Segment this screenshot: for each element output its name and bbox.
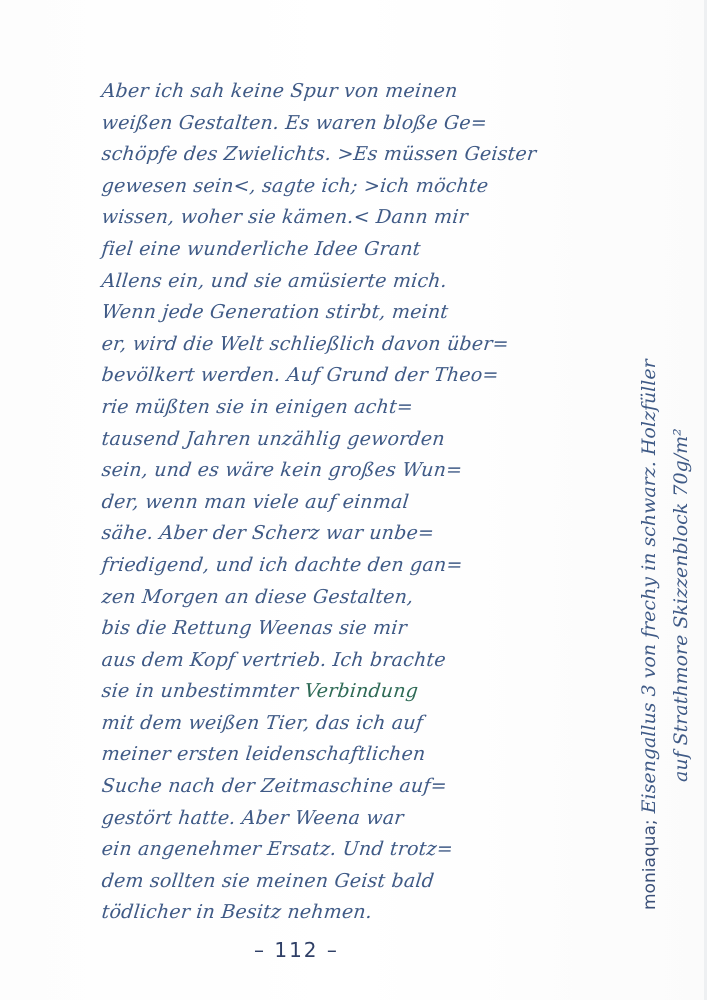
page-number: – 112 – [254, 938, 339, 962]
author-signature: moniaqua; [640, 819, 660, 910]
text-line: Wenn jede Generation stirbt, meint [100, 297, 623, 329]
green-ink-word: Verbindung [303, 680, 419, 702]
text-line: gewesen sein<, sagte ich; >ich möchte [100, 171, 623, 203]
handwritten-body-text: Aber ich sah keine Spur von meinen weiße… [100, 76, 620, 929]
text-line: wissen, woher sie kämen.< Dann mir [100, 202, 623, 234]
text-line: bevölkert werden. Auf Grund der Theo= [100, 360, 623, 392]
text-line: sie in unbestimmter Verbindung [100, 676, 623, 708]
margin-note-line-2: auf Strathmore Skizzenblock 70g/m² [665, 130, 697, 910]
text-line: tödlicher in Besitz nehmen. [100, 897, 623, 929]
text-line: schöpfe des Zwielichts. >Es müssen Geist… [100, 139, 623, 171]
text-line-prefix: sie in unbestimmter [101, 680, 306, 702]
margin-note-line-1: moniaqua; Eisengallus 3 von frechy in sc… [633, 130, 665, 910]
text-line: ein angenehmer Ersatz. Und trotz= [100, 834, 623, 866]
text-line: sähe. Aber der Scherz war unbe= [100, 518, 623, 550]
text-line: sein, und es wäre kein großes Wun= [100, 455, 623, 487]
text-line: meiner ersten leidenschaftlichen [100, 739, 623, 771]
text-line: rie müßten sie in einigen acht= [100, 392, 623, 424]
text-line: Aber ich sah keine Spur von meinen [100, 76, 623, 108]
text-line: gestört hatte. Aber Weena war [100, 803, 623, 835]
text-line: Allens ein, und sie amüsierte mich. [100, 266, 623, 298]
text-line: tausend Jahren unzählig geworden [100, 424, 623, 456]
text-line: er, wird die Welt schließlich davon über… [100, 329, 623, 361]
text-line: aus dem Kopf vertrieb. Ich brachte [100, 645, 623, 677]
text-line: der, wenn man viele auf einmal [100, 487, 623, 519]
vertical-margin-note: moniaqua; Eisengallus 3 von frechy in sc… [633, 130, 697, 910]
text-line: fiel eine wunderliche Idee Grant [100, 234, 623, 266]
text-line: Suche nach der Zeitmaschine auf= [100, 771, 623, 803]
text-line: mit dem weißen Tier, das ich auf [100, 708, 623, 740]
text-line: zen Morgen an diese Gestalten, [100, 582, 623, 614]
handwritten-page: Aber ich sah keine Spur von meinen weiße… [0, 0, 707, 1000]
text-line: friedigend, und ich dachte den gan= [100, 550, 623, 582]
text-line: dem sollten sie meinen Geist bald [100, 866, 623, 898]
text-line: weißen Gestalten. Es waren bloße Ge= [100, 108, 623, 140]
text-line: bis die Rettung Weenas sie mir [100, 613, 623, 645]
margin-note-text: Eisengallus 3 von frechy in schwarz. Hol… [638, 359, 660, 813]
